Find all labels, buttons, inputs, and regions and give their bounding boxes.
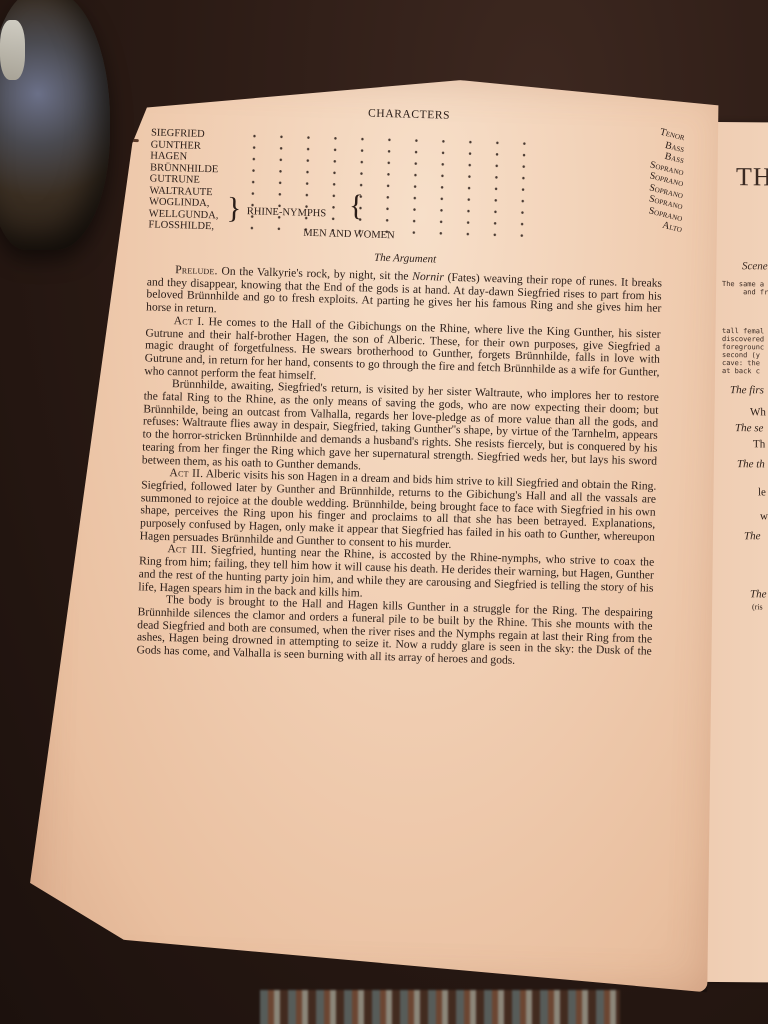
left-page: CHARACTERS SIEGFRIED GUNTHER HAGEN BRÜNN… (27, 69, 732, 993)
right-page-line: The th (737, 458, 765, 470)
cast-list: SIEGFRIED GUNTHER HAGEN BRÜNNHILDE GUTRU… (148, 121, 666, 253)
act1-label: Act I. (174, 314, 205, 328)
leader-dots (238, 130, 541, 238)
right-page-line: w (760, 510, 768, 522)
rhine-nymphs-label: RHINE-NYMPHS (247, 206, 327, 219)
rug-edge (260, 990, 620, 1024)
act2-label: Act II. (169, 466, 203, 480)
right-page-scene-heading: Scene (742, 260, 768, 272)
right-page-line: The se (735, 422, 763, 434)
voice-types: Tenor Bass Bass Soprano Soprano Soprano … (647, 131, 684, 235)
cast-names: SIEGFRIED GUNTHER HAGEN BRÜNNHILDE GUTRU… (148, 127, 221, 232)
right-page-line: Wh (750, 406, 766, 418)
cast-name: FLOSSHILDE, (148, 219, 218, 232)
rock-object (0, 0, 110, 250)
right-page-stage-direction: tall femal discovered foregrounc second … (722, 327, 764, 375)
staple-marks (132, 111, 154, 116)
right-page-stage-direction: The same a and fr (722, 280, 768, 296)
page-content: CHARACTERS SIEGFRIED GUNTHER HAGEN BRÜNN… (136, 101, 666, 671)
chorus-label: MEN AND WOMEN (303, 228, 395, 242)
right-page-line: (ris (752, 602, 763, 611)
right-page-line: The (750, 588, 767, 600)
right-page-line: le (758, 486, 766, 498)
finale-paragraph: The body is brought to the Hall and Hage… (136, 594, 653, 672)
photo-background: TH Scene The same a and fr tall femal di… (0, 0, 768, 1024)
right-page-title: TH (736, 162, 768, 192)
act1-continued-paragraph: Brünnhilde, awaiting, Siegfried's return… (142, 378, 659, 481)
left-brace: } (227, 194, 242, 224)
right-page-line: The firs (730, 384, 764, 396)
right-page-line: The (744, 530, 761, 542)
right-brace: { (349, 191, 364, 221)
right-page-line: Th (753, 438, 765, 450)
argument-text: Prelude. On the Valkyrie's rock, by nigh… (136, 263, 662, 671)
